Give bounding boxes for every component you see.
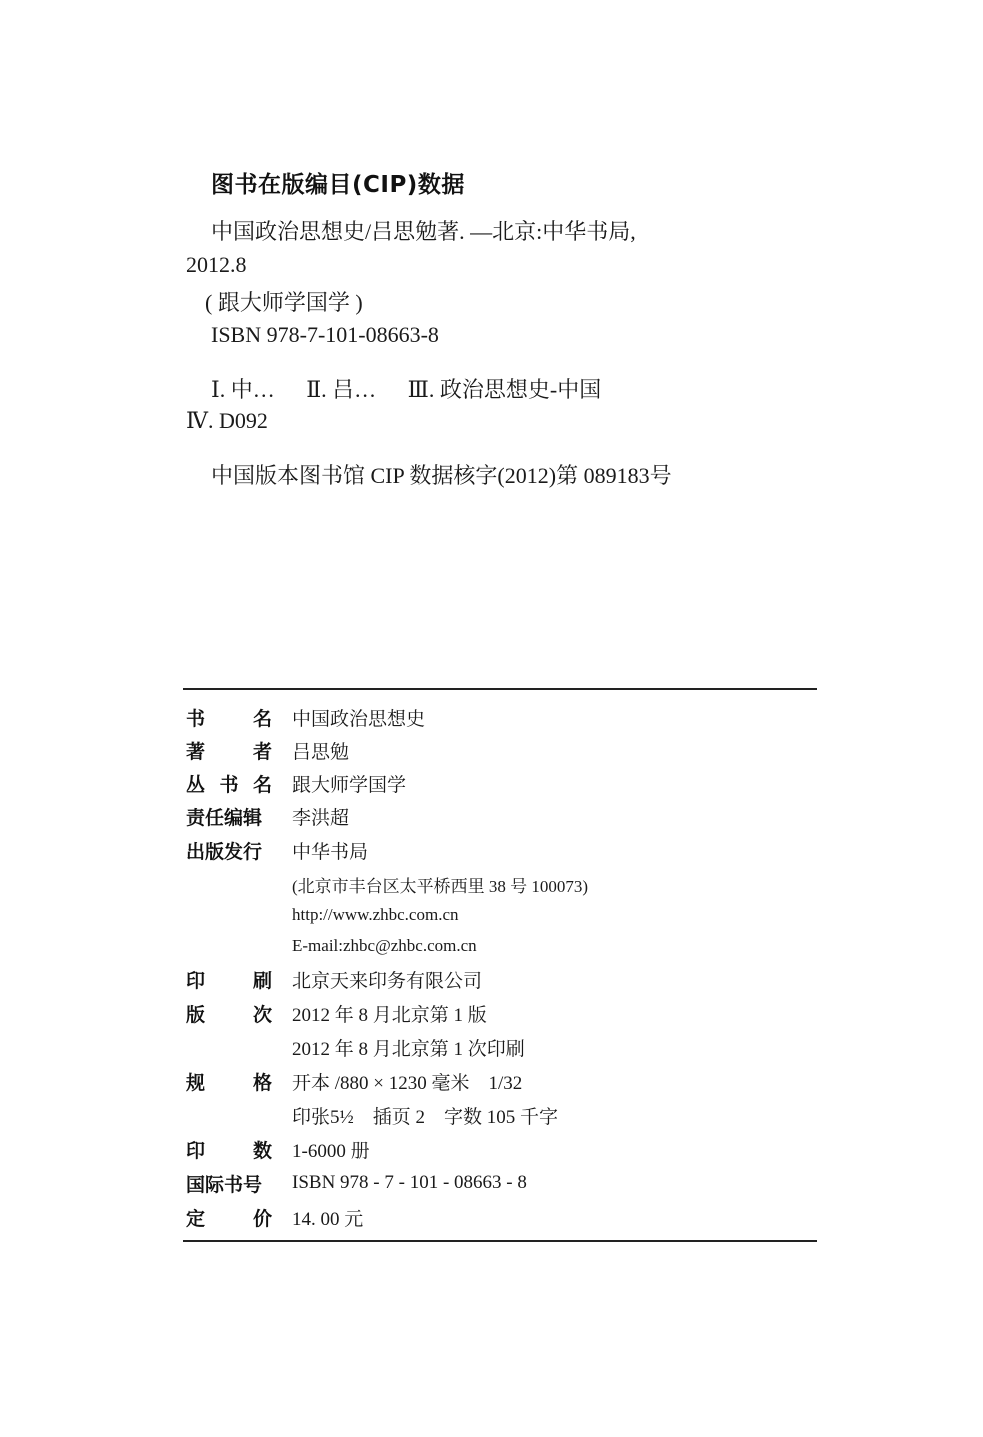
row-value: 2012 年 8 月北京第 1 版 bbox=[292, 1000, 487, 1027]
bottom-rule-divider bbox=[183, 1240, 817, 1242]
row-label: 书名 bbox=[186, 704, 272, 731]
cip-isbn: ISBN 978-7-101-08663-8 bbox=[211, 322, 439, 348]
row-label: 国际书号 bbox=[186, 1170, 272, 1197]
copyright-row-series: 丛书名 跟大师学国学 bbox=[186, 768, 406, 798]
top-rule-divider bbox=[183, 688, 817, 690]
copyright-row-publisher: 出版发行 中华书局 bbox=[186, 835, 368, 865]
copyright-row-author: 著者 吕思勉 bbox=[186, 735, 349, 765]
cip-bibliographic-line: 中国政治思想史/吕思勉著. —北京:中华书局, bbox=[211, 215, 636, 246]
copyright-row-price: 定价 14. 00 元 bbox=[186, 1202, 363, 1232]
copyright-row-print-run: 印数 1-6000 册 bbox=[186, 1134, 370, 1164]
copyright-row-title: 书名 中国政治思想史 bbox=[186, 702, 425, 732]
cip-classification: Ⅰ. 中… Ⅱ. 吕… Ⅲ. 政治思想史-中国 bbox=[211, 373, 601, 404]
cip-classification-item: Ⅲ. 政治思想史-中国 bbox=[408, 377, 602, 402]
row-value: ISBN 978 - 7 - 101 - 08663 - 8 bbox=[292, 1172, 527, 1194]
row-value: 中国政治思想史 bbox=[292, 704, 425, 731]
row-value: 跟大师学国学 bbox=[292, 770, 406, 797]
email-link[interactable]: E-mail:zhbc@zhbc.com.cn bbox=[292, 936, 477, 956]
row-label: 责任编辑 bbox=[186, 803, 272, 830]
copyright-row-printer: 印刷 北京天来印务有限公司 bbox=[186, 964, 482, 994]
row-label: 版次 bbox=[186, 1000, 272, 1027]
cip-copyright-page: 图书在版编目(CIP)数据 中国政治思想史/吕思勉著. —北京:中华书局, 20… bbox=[0, 0, 983, 1437]
row-value: 开本 /880 × 1230 毫米 1/32 bbox=[292, 1068, 522, 1095]
row-value: (北京市丰台区太平桥西里 38 号 100073) bbox=[292, 872, 588, 897]
copyright-row-isbn: 国际书号 ISBN 978 - 7 - 101 - 08663 - 8 bbox=[186, 1168, 527, 1198]
row-value: 李洪超 bbox=[292, 803, 349, 830]
cip-classification-item: Ⅰ. 中… bbox=[211, 377, 275, 402]
copyright-row-publisher-address: (北京市丰台区太平桥西里 38 号 100073) bbox=[186, 869, 588, 899]
copyright-row-edition: 版次 2012 年 8 月北京第 1 版 bbox=[186, 998, 487, 1028]
copyright-row-publisher-website: http://www.zhbc.com.cn bbox=[186, 900, 459, 930]
row-label: 印刷 bbox=[186, 966, 272, 993]
cip-classification-number: Ⅳ. D092 bbox=[186, 408, 268, 434]
cip-classification-item: Ⅱ. 吕… bbox=[306, 377, 376, 402]
cip-series: ( 跟大师学国学 ) bbox=[205, 286, 363, 317]
row-value: 14. 00 元 bbox=[292, 1204, 363, 1231]
copyright-row-editor: 责任编辑 李洪超 bbox=[186, 801, 349, 831]
row-label: 定价 bbox=[186, 1204, 272, 1231]
cip-verification-number: 中国版本图书馆 CIP 数据核字(2012)第 089183号 bbox=[211, 459, 672, 490]
row-value: 吕思勉 bbox=[292, 737, 349, 764]
copyright-row-publisher-email: E-mail:zhbc@zhbc.com.cn bbox=[186, 931, 477, 961]
row-label: 丛书名 bbox=[186, 770, 272, 797]
row-label: 出版发行 bbox=[186, 837, 272, 864]
copyright-row-format-details: 印张5½ 插页 2 字数 105 千字 bbox=[186, 1100, 558, 1130]
row-value: 2012 年 8 月北京第 1 次印刷 bbox=[292, 1034, 525, 1061]
row-label: 著者 bbox=[186, 737, 272, 764]
row-label: 规格 bbox=[186, 1068, 272, 1095]
row-label: 印数 bbox=[186, 1136, 272, 1163]
cip-publication-date: 2012.8 bbox=[186, 252, 247, 278]
cip-title: 图书在版编目(CIP)数据 bbox=[211, 166, 465, 199]
copyright-row-format: 规格 开本 /880 × 1230 毫米 1/32 bbox=[186, 1066, 522, 1096]
row-value: 北京天来印务有限公司 bbox=[292, 966, 482, 993]
copyright-row-printing: 2012 年 8 月北京第 1 次印刷 bbox=[186, 1032, 525, 1062]
website-link[interactable]: http://www.zhbc.com.cn bbox=[292, 905, 459, 925]
row-value: 印张5½ 插页 2 字数 105 千字 bbox=[292, 1102, 558, 1129]
row-value: 中华书局 bbox=[292, 837, 368, 864]
row-value: 1-6000 册 bbox=[292, 1136, 370, 1163]
